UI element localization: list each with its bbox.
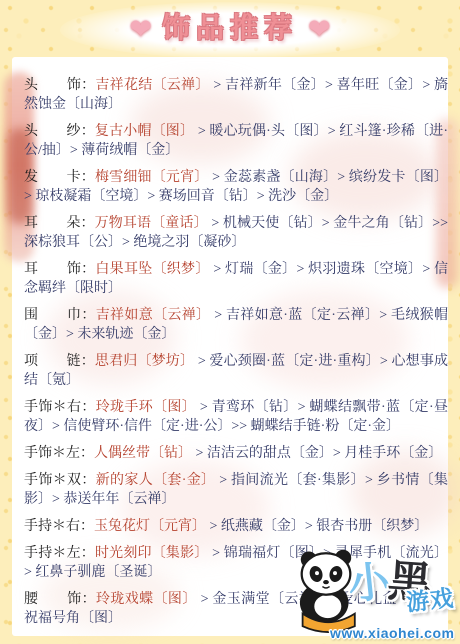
- row-other-items: > 纸燕藏〔金〕> 银杏书册〔织梦〕: [206, 519, 428, 534]
- accessory-row: 头 饰：吉祥花结〔云禅〕 > 吉祥新年〔金〕> 喜年旺〔金〕> 旖然蚀金〔山海〕: [24, 76, 448, 114]
- row-label: 腰 饰：: [24, 592, 96, 607]
- accessory-row: 耳 饰：白果耳坠〔织梦〕 > 灯瑞〔金〕> 炽羽遗珠〔空境〕> 信念羁绊〔限时〕: [24, 260, 448, 298]
- accessory-row: 项 链：思君归〔梦坊〕 > 爱心颈圈·蓝〔定·进·重构〕> 心想事成结〔氪〕: [24, 352, 448, 390]
- accessory-row: 手饰＊右：玲珑手环〔图〕 > 青鸾环〔钻〕> 蝴蝶结飘带·蓝〔定·昼夜〕> 信使…: [24, 398, 448, 436]
- row-label: 手饰＊右：: [24, 400, 96, 415]
- row-first-item: 复古小帽〔图〕: [95, 124, 194, 139]
- site-name-suffix: 游戏: [404, 580, 455, 618]
- row-first-item: 时光刻印〔集影〕: [95, 546, 209, 561]
- row-first-item: 玲珑戏蝶〔图〕: [96, 592, 197, 607]
- accessory-row: 手饰＊左：人偶丝带〔钻〕 > 洁洁云的甜点〔金〕> 月桂手环〔金〕: [24, 444, 448, 463]
- accessory-row: 手持＊右：玉兔花灯〔元宵〕 > 纸燕藏〔金〕> 银杏书册〔织梦〕: [24, 517, 448, 536]
- row-label: 头 饰：: [24, 78, 95, 93]
- accessory-row: 围 巾：吉祥如意〔云禅〕 > 吉祥如意·蓝〔定·云禅〕> 毛绒猴帽〔金〕> 未来…: [24, 306, 448, 344]
- accessory-row: 手饰＊双：新的家人〔套·金〕 > 指间流光〔套·集影〕> 乡书情〔集影〕> 恭送…: [24, 471, 448, 509]
- row-other-items: > 洁洁云的甜点〔金〕> 月桂手环〔金〕: [192, 446, 442, 461]
- heart-icon: ❤: [129, 0, 152, 58]
- row-label: 围 巾：: [24, 308, 96, 323]
- row-label: 耳 饰：: [24, 262, 95, 277]
- watermark: 小 黑 游戏 www.xiaohei.com: [296, 546, 458, 642]
- row-first-item: 吉祥如意〔云禅〕: [96, 308, 211, 323]
- row-first-item: 人偶丝带〔钻〕: [94, 446, 192, 461]
- row-label: 发 卡：: [24, 170, 95, 185]
- row-label: 手饰＊左：: [24, 446, 94, 461]
- header-banner: ❤饰品推荐❤: [0, 0, 460, 58]
- row-label: 手持＊左：: [24, 546, 95, 561]
- row-label: 耳 朵：: [24, 216, 95, 231]
- row-first-item: 思君归〔梦坊〕: [95, 354, 194, 369]
- accessory-row: 耳 朵：万物耳语〔童话〕 > 机械天使〔钻〕> 金牛之角〔钻〕>> 深棕狼耳〔公…: [24, 214, 448, 252]
- site-url: www.xiaohei.com: [330, 625, 454, 641]
- row-first-item: 玉兔花灯〔元宵〕: [94, 519, 206, 534]
- row-label: 手饰＊双：: [24, 473, 96, 488]
- row-first-item: 新的家人〔套·金〕: [96, 473, 216, 488]
- row-first-item: 梅雪细钿〔元宵〕: [95, 170, 209, 185]
- row-first-item: 吉祥花结〔云禅〕: [95, 78, 209, 93]
- accessory-row: 发 卡：梅雪细钿〔元宵〕 > 金蕊素盏〔山海〕> 缤纷发卡〔图〕> 琼枝凝霜〔空…: [24, 168, 448, 206]
- title-line: ❤饰品推荐❤: [0, 0, 460, 58]
- row-label: 手持＊右：: [24, 519, 94, 534]
- accessory-row: 头 纱：复古小帽〔图〕 > 暖心玩偶·头〔图〕> 红斗篷·珍稀〔进·公/抽〕> …: [24, 122, 448, 160]
- heart-icon: ❤: [308, 0, 331, 58]
- row-first-item: 白果耳坠〔织梦〕: [95, 262, 209, 277]
- page-title: 饰品推荐: [162, 0, 298, 58]
- row-first-item: 万物耳语〔童话〕: [95, 216, 208, 231]
- row-first-item: 玲珑手环〔图〕: [96, 400, 196, 415]
- row-label: 项 链：: [24, 354, 95, 369]
- row-label: 头 纱：: [24, 124, 95, 139]
